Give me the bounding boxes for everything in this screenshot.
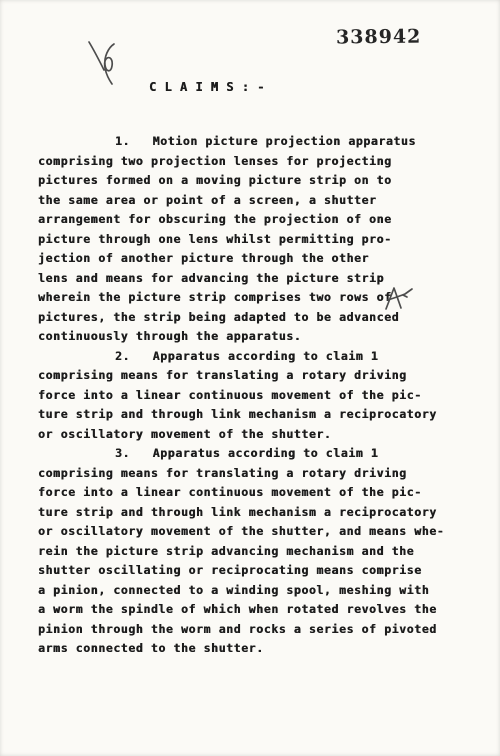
claim-line: a pinion, connected to a winding spool, …	[38, 581, 458, 601]
claim-line: force into a linear continuous movement …	[38, 386, 458, 406]
pencil-check-loop-mark-icon	[86, 38, 124, 88]
claim-line: ture strip and through link mechanism a …	[38, 503, 458, 523]
claim-line: arms connected to the shutter.	[38, 639, 458, 659]
claim-line: continuously through the apparatus.	[38, 327, 458, 347]
claim-line: comprising means for translating a rotar…	[38, 366, 458, 386]
document-page: 338942 C L A I M S : - 1. Motion picture…	[0, 0, 500, 756]
claim-3: 3. Apparatus according to claim 1 compri…	[38, 444, 458, 659]
claim-line: ture strip and through link mechanism a …	[38, 405, 458, 425]
claim-line: picture through one lens whilst permitti…	[38, 230, 458, 250]
claim-2: 2. Apparatus according to claim 1 compri…	[38, 347, 458, 445]
claims-heading: C L A I M S : -	[149, 80, 265, 94]
claim-line: rein the picture strip advancing mechani…	[38, 542, 458, 562]
claim-line: force into a linear continuous movement …	[38, 483, 458, 503]
claim-line: a worm the spindle of which when rotated…	[38, 600, 458, 620]
claim-line: 1. Motion picture projection apparatus	[38, 132, 458, 152]
claim-line: the same area or point of a screen, a sh…	[38, 191, 458, 211]
claim-line: comprising two projection lenses for pro…	[38, 152, 458, 172]
claim-line: 2. Apparatus according to claim 1	[38, 347, 458, 367]
claim-line: arrangement for obscuring the projection…	[38, 210, 458, 230]
claim-1: 1. Motion picture projection apparatus c…	[38, 132, 458, 347]
claims-body: 1. Motion picture projection apparatus c…	[38, 132, 458, 659]
claim-line: shutter oscillating or reciprocating mea…	[38, 561, 458, 581]
claim-line: or oscillatory movement of the shutter.	[38, 425, 458, 445]
pencil-letter-a-tick-mark-icon	[381, 283, 415, 313]
claim-line: or oscillatory movement of the shutter, …	[38, 522, 458, 542]
claim-line: jection of another picture through the o…	[38, 249, 458, 269]
claim-line: pictures formed on a moving picture stri…	[38, 171, 458, 191]
patent-number-stamp: 338942	[336, 26, 422, 49]
claim-line: 3. Apparatus according to claim 1	[38, 444, 458, 464]
claim-line: comprising means for translating a rotar…	[38, 464, 458, 484]
claim-line: pinion through the worm and rocks a seri…	[38, 620, 458, 640]
